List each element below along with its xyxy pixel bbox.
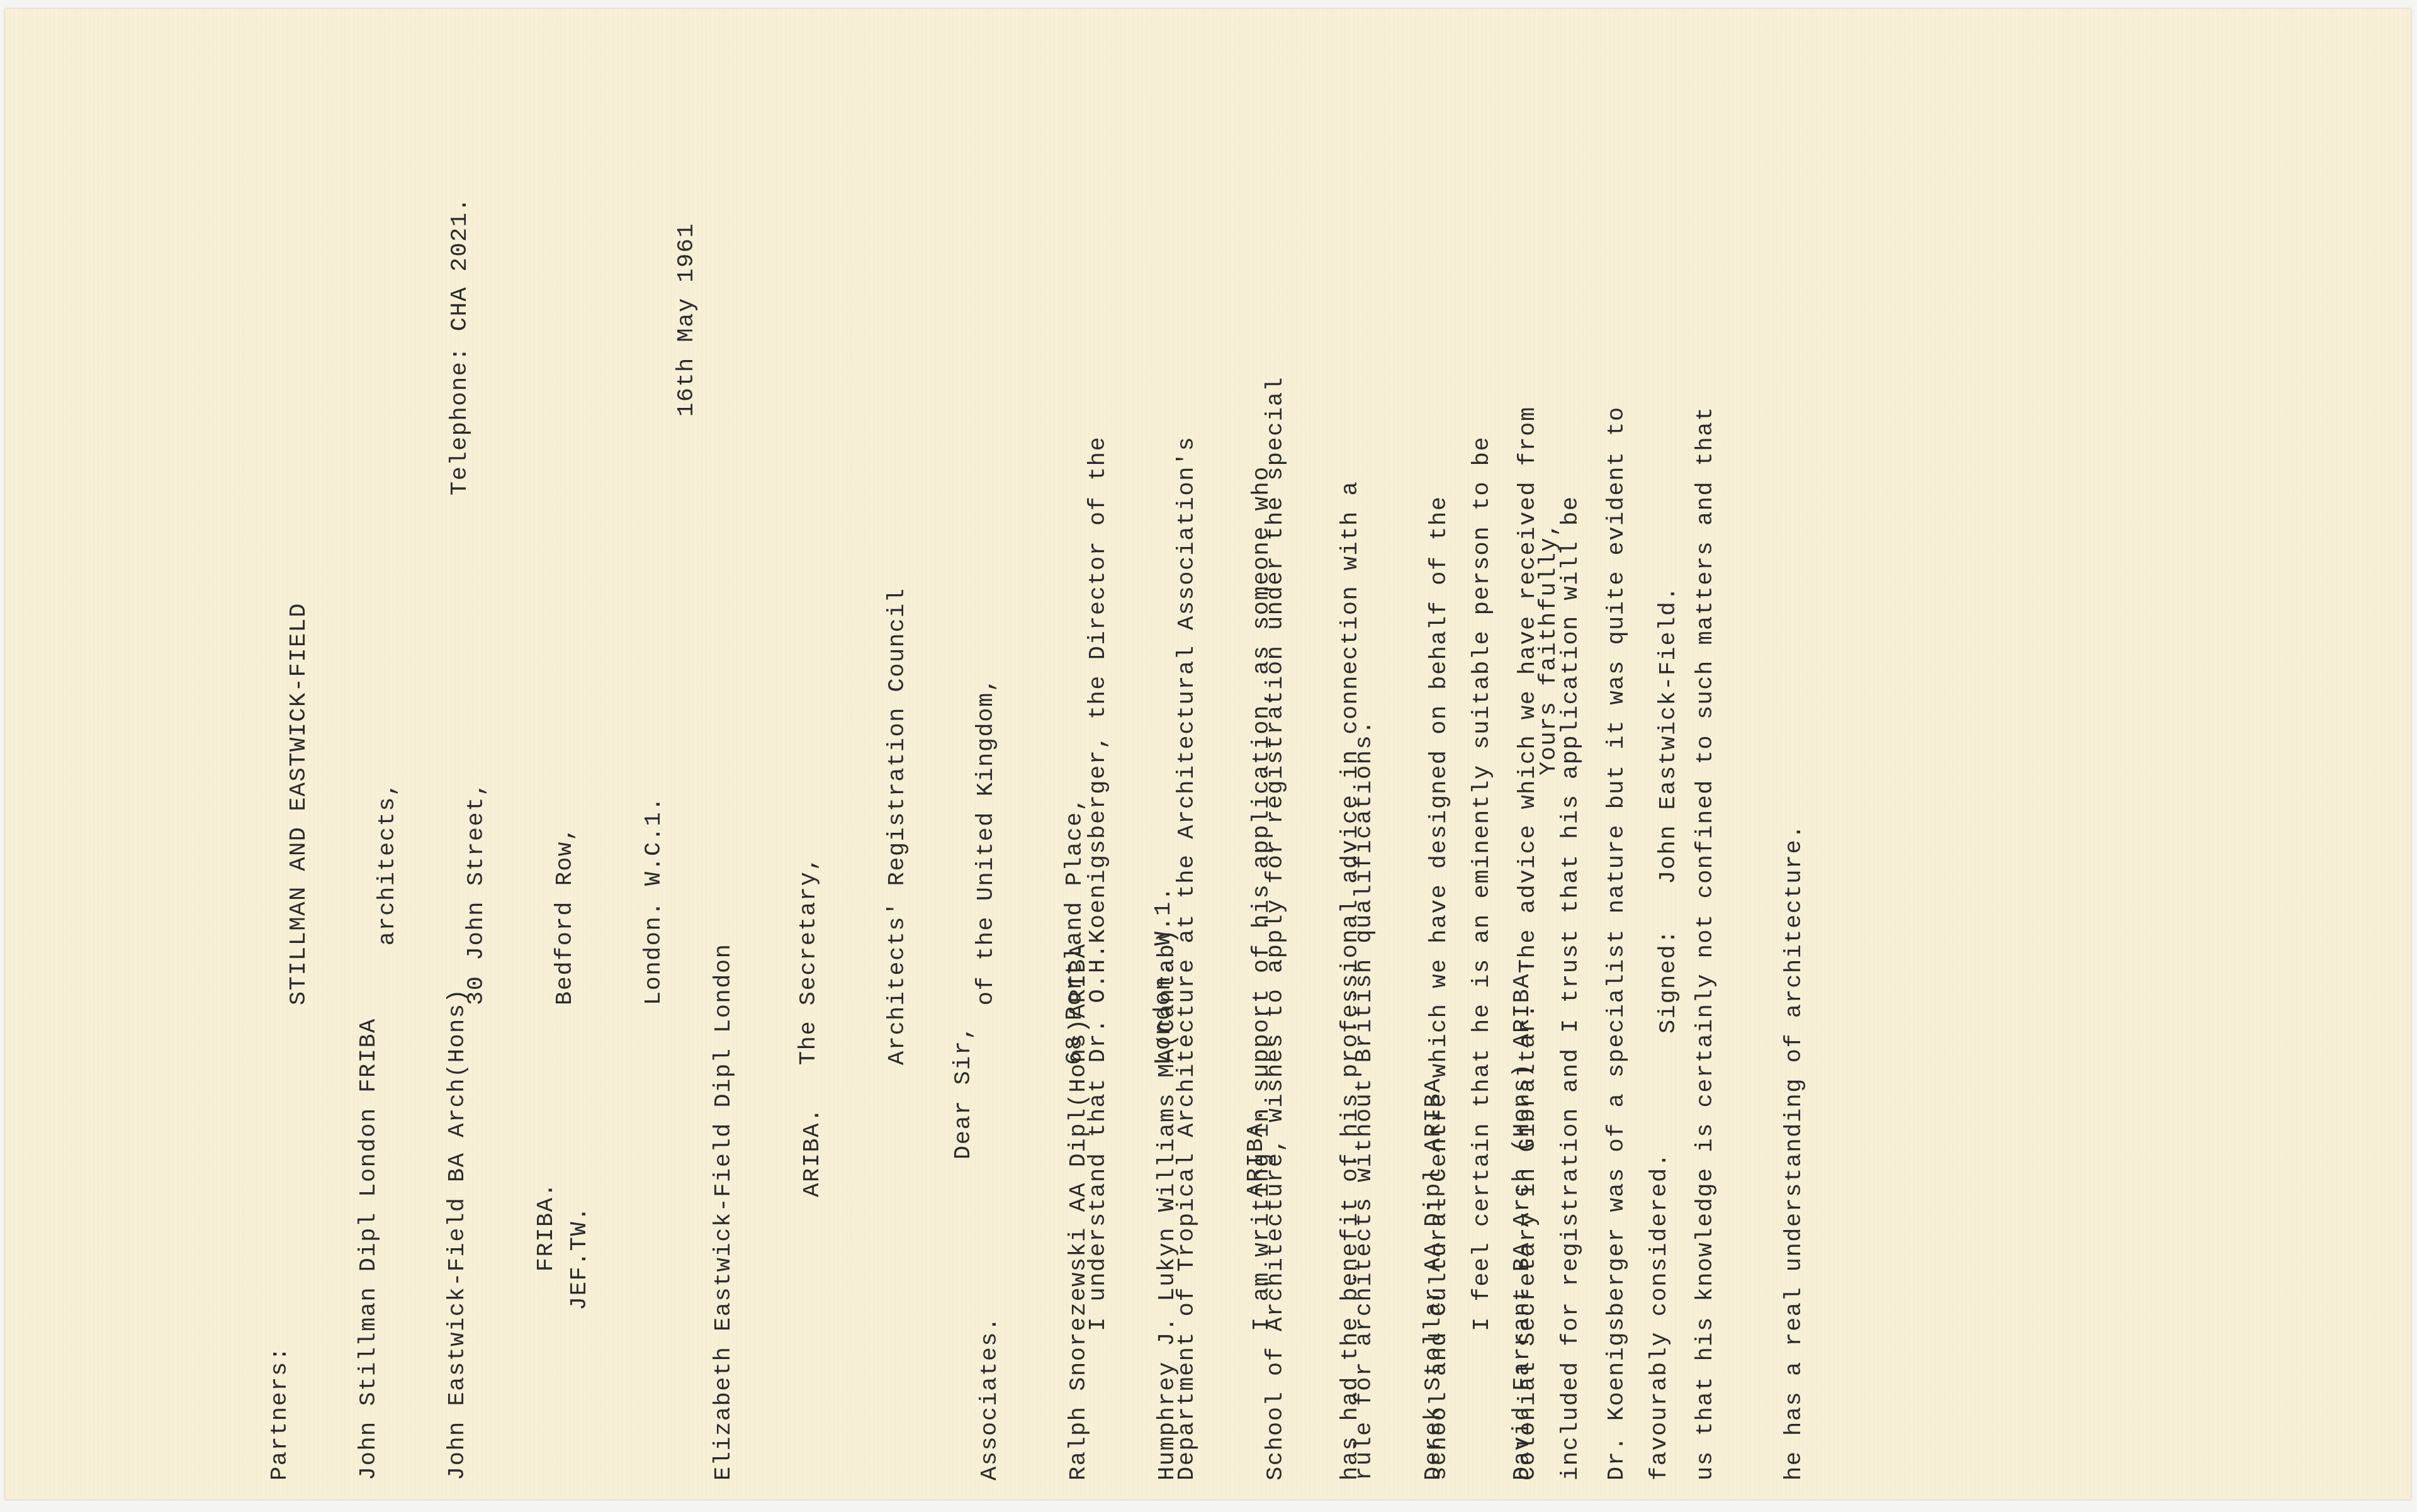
recipient-line: The Secretary, (794, 587, 824, 1065)
profession-text: architects, (375, 781, 401, 945)
telephone: Telephone: CHA 2021. (446, 197, 475, 495)
salutation: Dear Sir, (949, 1025, 979, 1159)
partner-line (621, 928, 650, 1481)
body-paragraph-3: I feel certain that he is an eminently s… (1409, 436, 1734, 1481)
partners-heading: Partners: (266, 928, 295, 1481)
letter-sheet: STILLMAN AND EASTWICK-FIELD architects, … (5, 9, 2411, 1499)
body-line: I am writing in support of his applicati… (1248, 406, 1277, 1481)
partner-line: FRIBA. (532, 928, 561, 1481)
body-line: I feel certain that he is an eminently s… (1468, 436, 1497, 1481)
recipient-line: of the United Kingdom, (972, 587, 1001, 1065)
body-line: he has a real understanding of architect… (1780, 406, 1810, 1481)
body-line: I understand that Dr. O.H.Koenigsberger,… (1084, 376, 1113, 1481)
letter-date: 16th May 1961 (672, 223, 702, 417)
closing: Yours faithfully, (1535, 522, 1564, 776)
signature-line: Signed: John Eastwick-Field. (1654, 586, 1684, 1034)
scanned-paper: STILLMAN AND EASTWICK-FIELD architects, … (5, 9, 2411, 1499)
reference-initials: JEF.TW. (565, 1206, 595, 1311)
partner-line: John Eastwick-Field BA Arch(Hons) (443, 928, 473, 1481)
partner-line: John Stillman Dipl London FRIBA (354, 928, 384, 1481)
partner-line: Elizabeth Eastwick-Field Dipl London (709, 928, 739, 1481)
recipient-line: Architects' Registration Council (883, 587, 913, 1065)
body-line: has had the benefit of his professional … (1336, 406, 1366, 1481)
